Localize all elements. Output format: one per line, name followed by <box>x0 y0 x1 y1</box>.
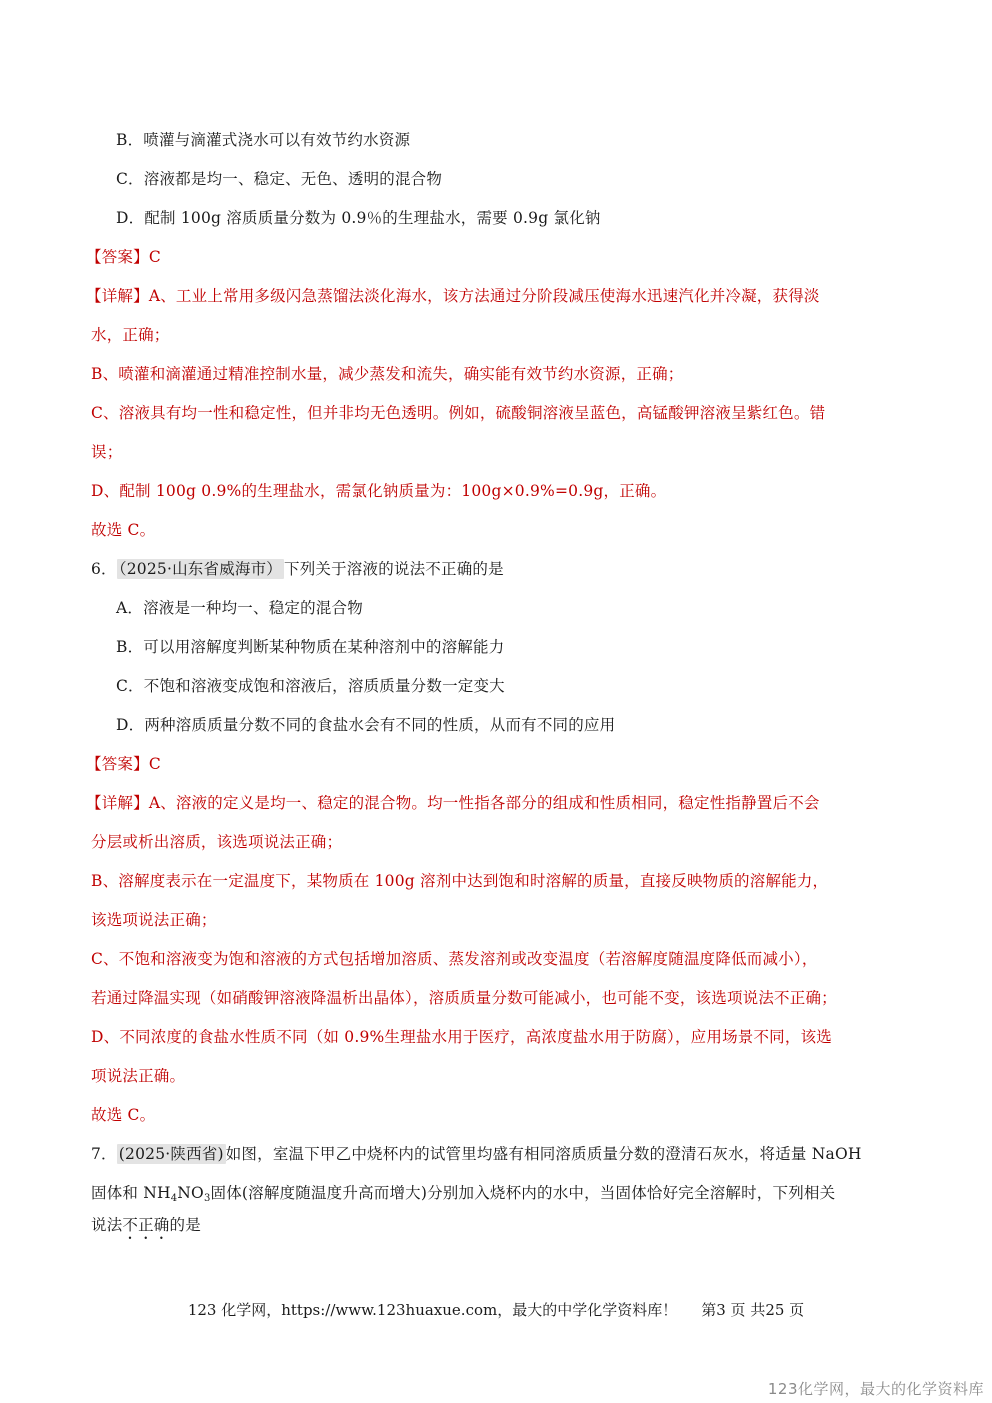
q6-conclusion: 故选 C。 <box>91 1105 155 1125</box>
question-text: NO <box>177 1184 204 1202</box>
detail-tag: 【详解】 <box>86 287 149 305</box>
q5-detail-line-1: 【详解】A、工业上常用多级闪急蒸馏法淡化海水，该方法通过分阶段减压使海水迅速汽化… <box>86 286 820 306</box>
watermark: 123化学网，最大的化学资料库 <box>768 1378 984 1399</box>
q5-detail-line-6: D、配制 100g 0.9%的生理盐水，需氯化钠质量为：100g×0.9%=0.… <box>91 481 666 501</box>
answer-value: C <box>149 755 161 773</box>
question-text: 的是 <box>170 1216 201 1234</box>
page-footer: 123 化学网，https://www.123huaxue.com，最大的中学化… <box>0 1299 992 1320</box>
q6-detail-line-7: D、不同浓度的食盐水性质不同（如 0.9%生理盐水用于医疗，高浓度盐水用于防腐）… <box>91 1027 832 1047</box>
q6-option-b: B．可以用溶解度判断某种物质在某种溶剂中的溶解能力 <box>116 637 504 657</box>
q5-option-c: C．溶液都是均一、稳定、无色、透明的混合物 <box>116 169 442 189</box>
q5-detail-line-5: 误； <box>91 442 122 462</box>
q6-detail-line-8: 项说法正确。 <box>91 1066 185 1086</box>
q6-option-c: C．不饱和溶液变成饱和溶液后，溶质质量分数一定变大 <box>116 676 505 696</box>
option-text: 喷灌与滴灌式浇水可以有效节约水资源 <box>143 131 410 149</box>
q5-answer: 【答案】C <box>86 247 161 267</box>
q6-stem: 6．（2025·山东省威海市）下列关于溶液的说法不正确的是 <box>91 559 504 579</box>
q6-option-d: D．两种溶质质量分数不同的食盐水会有不同的性质，从而有不同的应用 <box>116 715 615 735</box>
option-text: 溶液是一种均一、稳定的混合物 <box>143 599 363 617</box>
q5-detail-line-3: B、喷灌和滴灌通过精准控制水量，减少蒸发和流失，确实能有效节约水资源，正确； <box>91 364 684 384</box>
question-text: 固体和 NH <box>91 1184 171 1202</box>
question-text: 固体(溶解度随温度升高而增大)分别加入烧杯内的水中，当固体恰好完全溶解时，下列相… <box>211 1184 836 1202</box>
detail-text: A、溶液的定义是均一、稳定的混合物。均一性指各部分的组成和性质相同，稳定性指静置… <box>149 794 820 812</box>
q5-detail-line-4: C、溶液具有均一性和稳定性，但并非均无色透明。例如，硫酸铜溶液呈蓝色，高锰酸钾溶… <box>91 403 825 423</box>
option-text: 可以用溶解度判断某种物质在某种溶剂中的溶解能力 <box>143 638 504 656</box>
q7-stem-line-1: 7．(2025·陕西省)如图，室温下甲乙中烧杯内的试管里均盛有相同溶质质量分数的… <box>91 1144 862 1164</box>
q6-detail-line-6: 若通过降温实现（如硝酸钾溶液降温析出晶体），溶质质量分数可能减小，也可能不变，该… <box>91 988 837 1008</box>
footer-site-text: 123 化学网，https://www.123huaxue.com，最大的中学化… <box>188 1301 677 1319</box>
question-text: 说法 <box>91 1216 122 1234</box>
q6-detail-line-5: C、不饱和溶液变为饱和溶液的方式包括增加溶质、蒸发溶剂或改变温度（若溶解度随温度… <box>91 949 818 969</box>
q7-stem-line-3: 说法不正确的是 <box>91 1215 201 1243</box>
detail-text: A、工业上常用多级闪急蒸馏法淡化海水，该方法通过分阶段减压使海水迅速汽化并冷凝，… <box>149 287 820 305</box>
option-label: B． <box>116 131 143 149</box>
question-text: 下列关于溶液的说法不正确的是 <box>284 560 504 578</box>
option-label: C． <box>116 170 144 188</box>
q6-detail-line-2: 分层或析出溶质，该选项说法正确； <box>91 832 342 852</box>
detail-tag: 【详解】 <box>86 794 149 812</box>
question-text: 如图，室温下甲乙中烧杯内的试管里均盛有相同溶质质量分数的澄清石灰水，将适量 Na… <box>226 1145 862 1163</box>
option-label: D． <box>116 209 144 227</box>
option-label: B． <box>116 638 143 656</box>
option-text: 两种溶质质量分数不同的食盐水会有不同的性质，从而有不同的应用 <box>144 716 615 734</box>
q6-detail-line-4: 该选项说法正确； <box>91 910 217 930</box>
q7-stem-line-2: 固体和 NH4NO3固体(溶解度随温度升高而增大)分别加入烧杯内的水中，当固体恰… <box>91 1183 835 1203</box>
option-label: C． <box>116 677 144 695</box>
q6-answer: 【答案】C <box>86 754 161 774</box>
option-text: 溶液都是均一、稳定、无色、透明的混合物 <box>144 170 442 188</box>
option-label: D． <box>116 716 144 734</box>
answer-value: C <box>149 248 161 266</box>
option-text: 不饱和溶液变成饱和溶液后，溶质质量分数一定变大 <box>144 677 505 695</box>
answer-tag: 【答案】 <box>86 248 149 266</box>
answer-tag: 【答案】 <box>86 755 149 773</box>
q5-conclusion: 故选 C。 <box>91 520 155 540</box>
option-text: 配制 100g 溶质质量分数为 0.9％的生理盐水，需要 0.9g 氯化钠 <box>144 209 600 227</box>
question-number: 6． <box>91 560 117 578</box>
q6-detail-line-3: B、溶解度表示在一定温度下，某物质在 100g 溶剂中达到饱和时溶解的质量，直接… <box>91 871 828 891</box>
q5-option-b: B．喷灌与滴灌式浇水可以有效节约水资源 <box>116 130 410 150</box>
q5-option-d: D．配制 100g 溶质质量分数为 0.9％的生理盐水，需要 0.9g 氯化钠 <box>116 208 601 228</box>
q6-option-a: A．溶液是一种均一、稳定的混合物 <box>116 598 363 618</box>
question-source: (2025·陕西省) <box>117 1144 226 1164</box>
page-number: 第3 页 共25 页 <box>701 1301 804 1319</box>
emphasized-text: 不正确 <box>122 1216 169 1234</box>
option-label: A． <box>116 599 143 617</box>
question-source: （2025·山东省威海市） <box>117 559 284 579</box>
q5-detail-line-2: 水，正确； <box>91 325 170 345</box>
question-number: 7． <box>91 1145 117 1163</box>
q6-detail-line-1: 【详解】A、溶液的定义是均一、稳定的混合物。均一性指各部分的组成和性质相同，稳定… <box>86 793 820 813</box>
